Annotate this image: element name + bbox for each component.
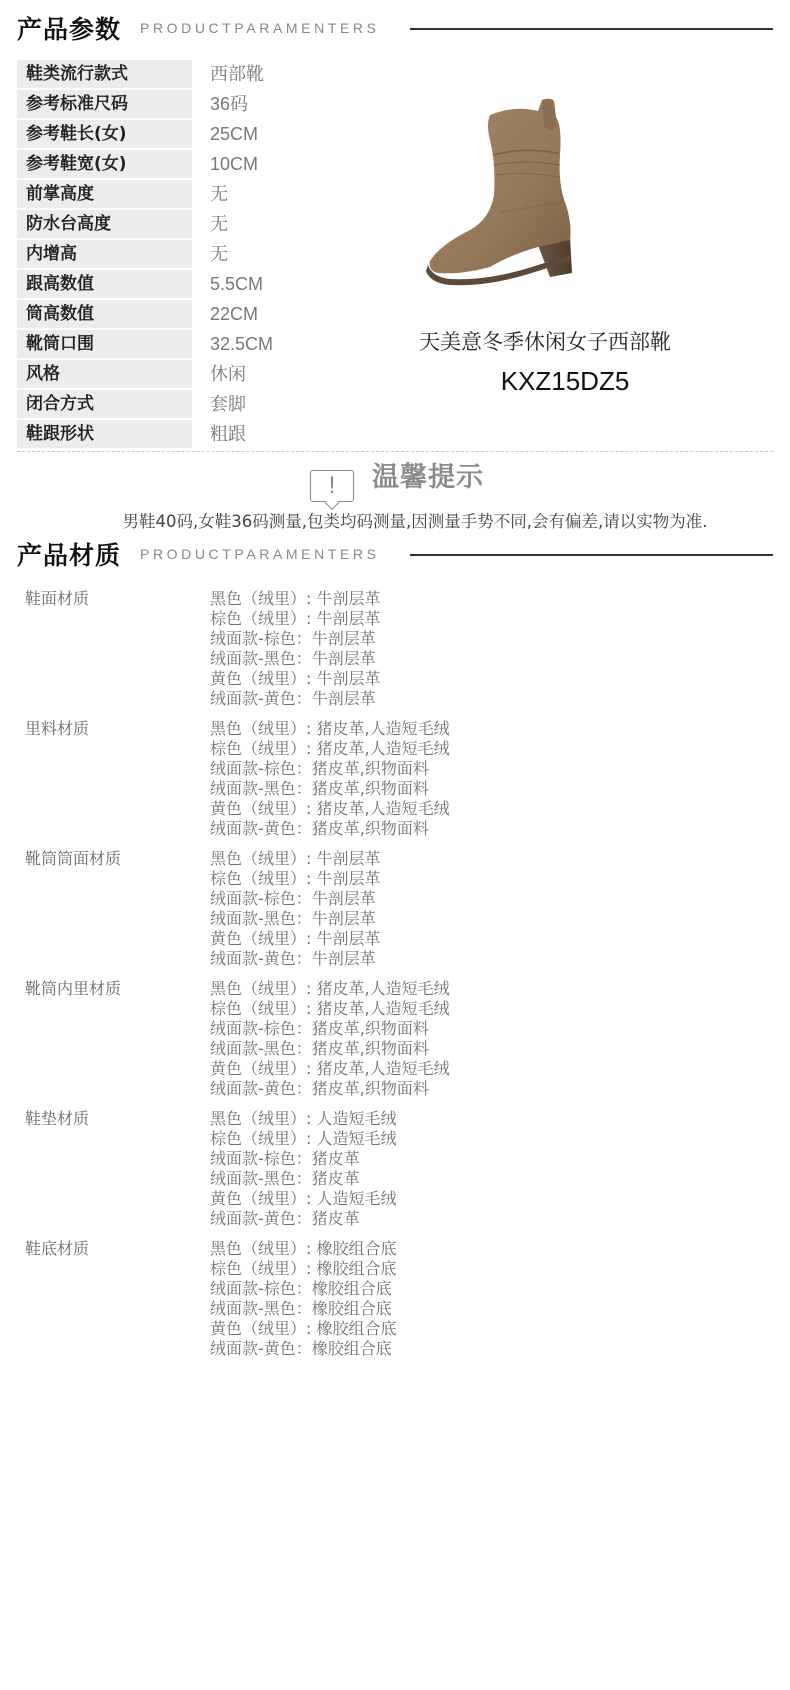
param-label: 参考标准尺码 [17,90,192,118]
material-line: 棕色（绒里）: 人造短毛绒 [210,1129,765,1149]
param-value: 10CM [210,150,258,178]
material-values: 黑色（绒里）: 人造短毛绒 棕色（绒里）: 人造短毛绒 绒面款-棕色：猪皮革 绒… [210,1109,765,1229]
param-row: 参考鞋宽(女)10CM [17,150,377,180]
params-table: 鞋类流行款式西部靴 参考标准尺码36码 参考鞋长(女)25CM 参考鞋宽(女)1… [17,60,377,450]
param-label: 防水台高度 [17,210,192,238]
material-label: 靴筒内里材质 [25,979,121,999]
param-row: 跟高数值5.5CM [17,270,377,300]
material-block: 靴筒内里材质 黑色（绒里）: 猪皮革,人造短毛绒 棕色（绒里）: 猪皮革,人造短… [25,979,765,1099]
material-line: 黄色（绒里）: 橡胶组合底 [210,1319,765,1339]
material-line: 黄色（绒里）: 猪皮革,人造短毛绒 [210,799,765,819]
material-values: 黑色（绒里）: 牛剖层革 棕色（绒里）: 牛剖层革 绒面款-棕色：牛剖层革 绒面… [210,589,765,709]
material-block: 鞋面材质 黑色（绒里）: 牛剖层革 棕色（绒里）: 牛剖层革 绒面款-棕色：牛剖… [25,589,765,709]
material-line: 黑色（绒里）: 牛剖层革 [210,589,765,609]
material-block: 靴筒筒面材质 黑色（绒里）: 牛剖层革 棕色（绒里）: 牛剖层革 绒面款-棕色：… [25,849,765,969]
param-value: 无 [210,240,228,268]
param-row: 参考鞋长(女)25CM [17,120,377,150]
param-value: 36码 [210,90,248,118]
material-line: 绒面款-黄色：牛剖层革 [210,689,765,709]
material-line: 绒面款-黑色：牛剖层革 [210,909,765,929]
param-label: 参考鞋宽(女) [17,150,192,178]
param-label: 风格 [17,360,192,388]
param-row: 靴筒口围32.5CM [17,330,377,360]
param-row: 闭合方式套脚 [17,390,377,420]
boot-icon [420,95,590,290]
material-line: 绒面款-黑色：猪皮革,织物面料 [210,1039,765,1059]
tip-text: 男鞋40码,女鞋36码测量,包类均码测量,因测量手势不同,会有偏差,请以实物为准… [0,508,790,532]
material-line: 绒面款-黄色：猪皮革,织物面料 [210,819,765,839]
exclamation-speech-bubble-icon: ! [310,470,354,502]
params-section-subtitle: PRODUCTPARAMENTERS [140,20,380,36]
param-value: 西部靴 [210,60,264,88]
material-line: 绒面款-黄色：橡胶组合底 [210,1339,765,1359]
param-value: 无 [210,180,228,208]
params-section-header: 产品参数 PRODUCTPARAMENTERS [17,4,773,44]
material-line: 棕色（绒里）: 牛剖层革 [210,609,765,629]
param-row: 防水台高度无 [17,210,377,240]
param-label: 鞋类流行款式 [17,60,192,88]
material-label: 鞋垫材质 [25,1109,89,1129]
material-line: 黑色（绒里）: 橡胶组合底 [210,1239,765,1259]
material-block: 鞋底材质 黑色（绒里）: 橡胶组合底 棕色（绒里）: 橡胶组合底 绒面款-棕色：… [25,1239,765,1359]
dashed-divider [17,451,773,452]
param-value: 32.5CM [210,330,273,358]
param-label: 跟高数值 [17,270,192,298]
material-line: 黄色（绒里）: 人造短毛绒 [210,1189,765,1209]
param-value: 无 [210,210,228,238]
param-label: 筒高数值 [17,300,192,328]
param-row: 前掌高度无 [17,180,377,210]
materials-section-subtitle: PRODUCTPARAMENTERS [140,546,380,562]
material-line: 绒面款-黑色：猪皮革 [210,1169,765,1189]
param-value: 22CM [210,300,258,328]
material-line: 黄色（绒里）: 牛剖层革 [210,669,765,689]
product-model: KXZ15DZ5 [380,366,750,397]
material-line: 棕色（绒里）: 猪皮革,人造短毛绒 [210,739,765,759]
material-line: 绒面款-棕色：橡胶组合底 [210,1279,765,1299]
material-line: 绒面款-黑色：猪皮革,织物面料 [210,779,765,799]
param-label: 鞋跟形状 [17,420,192,448]
param-value: 25CM [210,120,258,148]
material-label: 靴筒筒面材质 [25,849,121,869]
material-line: 绒面款-黄色：牛剖层革 [210,949,765,969]
param-label: 前掌高度 [17,180,192,208]
tip-title: 温馨提示 [372,455,484,494]
material-line: 绒面款-黑色：橡胶组合底 [210,1299,765,1319]
param-value: 粗跟 [210,420,246,448]
params-section-title: 产品参数 [17,10,121,46]
material-line: 绒面款-棕色：猪皮革,织物面料 [210,759,765,779]
param-row: 风格休闲 [17,360,377,390]
param-value: 套脚 [210,390,246,418]
param-row: 内增高无 [17,240,377,270]
material-line: 绒面款-黄色：猪皮革,织物面料 [210,1079,765,1099]
material-line: 黑色（绒里）: 猪皮革,人造短毛绒 [210,979,765,999]
material-line: 黑色（绒里）: 牛剖层革 [210,849,765,869]
material-line: 绒面款-棕色：猪皮革 [210,1149,765,1169]
header-rule [410,28,773,30]
param-label: 参考鞋长(女) [17,120,192,148]
material-label: 鞋面材质 [25,589,89,609]
material-line: 棕色（绒里）: 猪皮革,人造短毛绒 [210,999,765,1019]
material-line: 绒面款-黄色：猪皮革 [210,1209,765,1229]
material-line: 黑色（绒里）: 猪皮革,人造短毛绒 [210,719,765,739]
product-name: 天美意冬季休闲女子西部靴 [380,326,710,356]
material-label: 里料材质 [25,719,89,739]
material-line: 黑色（绒里）: 人造短毛绒 [210,1109,765,1129]
material-values: 黑色（绒里）: 牛剖层革 棕色（绒里）: 牛剖层革 绒面款-棕色：牛剖层革 绒面… [210,849,765,969]
material-line: 黄色（绒里）: 猪皮革,人造短毛绒 [210,1059,765,1079]
material-line: 棕色（绒里）: 橡胶组合底 [210,1259,765,1279]
material-values: 黑色（绒里）: 猪皮革,人造短毛绒 棕色（绒里）: 猪皮革,人造短毛绒 绒面款-… [210,979,765,1099]
material-block: 鞋垫材质 黑色（绒里）: 人造短毛绒 棕色（绒里）: 人造短毛绒 绒面款-棕色：… [25,1109,765,1229]
header-rule [410,554,773,556]
material-line: 绒面款-棕色：猪皮革,织物面料 [210,1019,765,1039]
material-line: 棕色（绒里）: 牛剖层革 [210,869,765,889]
materials-section-header: 产品材质 PRODUCTPARAMENTERS [17,530,773,570]
material-line: 绒面款-黑色：牛剖层革 [210,649,765,669]
param-value: 休闲 [210,360,246,388]
material-values: 黑色（绒里）: 猪皮革,人造短毛绒 棕色（绒里）: 猪皮革,人造短毛绒 绒面款-… [210,719,765,839]
param-value: 5.5CM [210,270,263,298]
param-row: 参考标准尺码36码 [17,90,377,120]
param-row: 鞋类流行款式西部靴 [17,60,377,90]
material-label: 鞋底材质 [25,1239,89,1259]
material-line: 绒面款-棕色：牛剖层革 [210,889,765,909]
material-line: 黄色（绒里）: 牛剖层革 [210,929,765,949]
param-row: 鞋跟形状粗跟 [17,420,377,450]
material-block: 里料材质 黑色（绒里）: 猪皮革,人造短毛绒 棕色（绒里）: 猪皮革,人造短毛绒… [25,719,765,839]
param-row: 筒高数值22CM [17,300,377,330]
material-line: 绒面款-棕色：牛剖层革 [210,629,765,649]
material-values: 黑色（绒里）: 橡胶组合底 棕色（绒里）: 橡胶组合底 绒面款-棕色：橡胶组合底… [210,1239,765,1359]
product-image [420,95,590,290]
param-label: 内增高 [17,240,192,268]
materials-section-title: 产品材质 [17,536,121,572]
param-label: 闭合方式 [17,390,192,418]
param-label: 靴筒口围 [17,330,192,358]
materials-list: 鞋面材质 黑色（绒里）: 牛剖层革 棕色（绒里）: 牛剖层革 绒面款-棕色：牛剖… [25,589,765,1369]
